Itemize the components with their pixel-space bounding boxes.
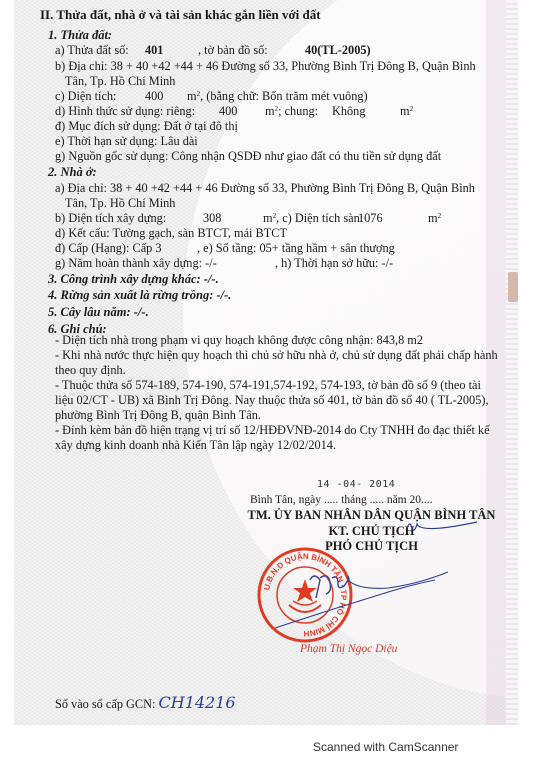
- production-forest: 4. Rừng sản xuất là rừng trồng: -/-.: [48, 288, 231, 302]
- section-title: II. Thửa đất, nhà ở và tài sản khác gắn …: [40, 8, 321, 22]
- date-stamp: 14 -04- 2014: [317, 478, 395, 492]
- notes-line: theo quy định.: [55, 363, 126, 377]
- registry-row: Số vào sổ cấp GCN: CH14216: [55, 696, 236, 711]
- camscanner-watermark: Scanned with CamScanner: [313, 740, 458, 754]
- background-pink-band: [486, 0, 506, 725]
- completion-year: g) Năm hoàn thành xây dựng: -/-: [55, 256, 217, 270]
- org-line2: KT. CHỦ TỊCH: [200, 524, 543, 538]
- org-line3: PHÓ CHỦ TỊCH: [200, 539, 543, 553]
- signature-icon: [280, 560, 480, 640]
- edge-tab-mark: [508, 272, 518, 302]
- floor-area-value: 1076: [358, 211, 383, 225]
- land-parcel-row: a) Thửa đất số: 401 , tờ bản đồ số: 40(T…: [55, 43, 129, 57]
- usage-shared-value: Không: [332, 104, 365, 118]
- land-usage-form-row: d) Hình thức sử dụng: riêng: 400 m2; chu…: [55, 104, 195, 118]
- notes-line: xây dựng kinh doanh nhà Kiến Tân lập ngà…: [55, 438, 336, 452]
- notes-line: - Thuộc thửa số 574-189, 574-190, 574-19…: [55, 378, 481, 392]
- land-address-line1: b) Địa chỉ: 38 + 40 +42 +44 + 46 Đường s…: [55, 59, 476, 73]
- area-value: 400: [145, 89, 163, 103]
- land-term: e) Thời hạn sử dụng: Lâu dài: [55, 134, 198, 148]
- perennial-trees: 5. Cây lâu năm: -/-.: [48, 305, 149, 319]
- area-label: c) Diện tích:: [55, 89, 116, 103]
- usage-private-value: 400: [219, 104, 237, 118]
- house-grade-row: đ) Cấp (Hạng): Cấp 3 , e) Số tầng: 05+ t…: [55, 241, 162, 255]
- land-heading: 1. Thửa đất:: [48, 28, 112, 42]
- area-unit: m2, (bằng chữ: Bốn trăm mét vuông): [187, 89, 368, 103]
- parcel-label: a) Thửa đất số:: [55, 43, 129, 57]
- place-date: Bình Tân, ngày ..... tháng ..... năm 20.…: [250, 493, 433, 507]
- area-words: , (bằng chữ: Bốn trăm mét vuông): [200, 89, 368, 103]
- house-heading: 2. Nhà ở:: [48, 165, 97, 179]
- house-year-row: g) Năm hoàn thành xây dựng: -/- , h) Thờ…: [55, 256, 217, 270]
- land-address-line2: Tân, Tp. Hồ Chí Minh: [65, 74, 175, 88]
- build-area-value: 308: [203, 211, 221, 225]
- org-line1: TM. ỦY BAN NHÂN DÂN QUẬN BÌNH TÂN: [200, 508, 543, 522]
- signer-name: Phạm Thị Ngọc Diệu: [300, 642, 397, 656]
- map-sheet-label: , tờ bản đồ số:: [198, 43, 268, 57]
- map-sheet-number: 40(TL-2005): [305, 43, 371, 57]
- notes-line: liệu 02/CT - UB) xã Bình Trị Đông. Nay t…: [55, 393, 489, 407]
- notes-line: phường Bình Trị Đông B, quận Bình Tân.: [55, 408, 261, 422]
- house-structure: d) Kết cấu: Tường gạch, sàn BTCT, mái BT…: [55, 226, 287, 240]
- house-area-row: b) Diện tích xây dựng: 308 m2, c) Diện t…: [55, 211, 166, 225]
- usage-shared-label: ; chung:: [278, 104, 318, 118]
- page-edge-strip: [506, 0, 518, 725]
- notes-line: - Đính kèm bản đồ hiện trạng vị trí số 1…: [55, 423, 490, 437]
- land-purpose: đ) Mục đích sử dụng: Đất ở tại đô thị: [55, 119, 238, 133]
- house-address-line2: Tân, Tp. Hồ Chí Minh: [65, 196, 175, 210]
- notes-line: - Diện tích nhà trong phạm vi quy hoạch …: [55, 333, 423, 347]
- registry-label: Số vào sổ cấp GCN:: [55, 697, 155, 711]
- house-address-line1: a) Địa chỉ: 38 + 40 +42 +44 + 46 Đường s…: [55, 181, 475, 195]
- build-area-label: b) Diện tích xây dựng:: [55, 211, 166, 225]
- usage-shared-unit: m2: [400, 104, 413, 118]
- other-construction: 3. Công trình xây dựng khác: -/-.: [48, 272, 219, 286]
- registry-number: CH14216: [159, 693, 236, 712]
- ownership-term: , h) Thời hạn sở hữu: -/-: [275, 256, 393, 270]
- initial-mark-icon: [405, 518, 485, 538]
- house-grade: đ) Cấp (Hạng): Cấp 3: [55, 241, 162, 255]
- floor-area-label: , c) Diện tích sàn:: [276, 211, 363, 225]
- notes-line: - Khi nhà nước thực hiện quy hoạch thì c…: [55, 348, 498, 362]
- parcel-number: 401: [145, 43, 163, 57]
- usage-form-label: d) Hình thức sử dụng: riêng:: [55, 104, 195, 118]
- land-origin: g) Nguồn gốc sử dụng: Công nhận QSDĐ như…: [55, 149, 441, 163]
- house-floors: , e) Số tầng: 05+ tầng hầm + sân thượng: [197, 241, 395, 255]
- land-area-row: c) Diện tích: 400 m2, (bằng chữ: Bốn tră…: [55, 89, 116, 103]
- usage-shared: m2; chung:: [265, 104, 318, 118]
